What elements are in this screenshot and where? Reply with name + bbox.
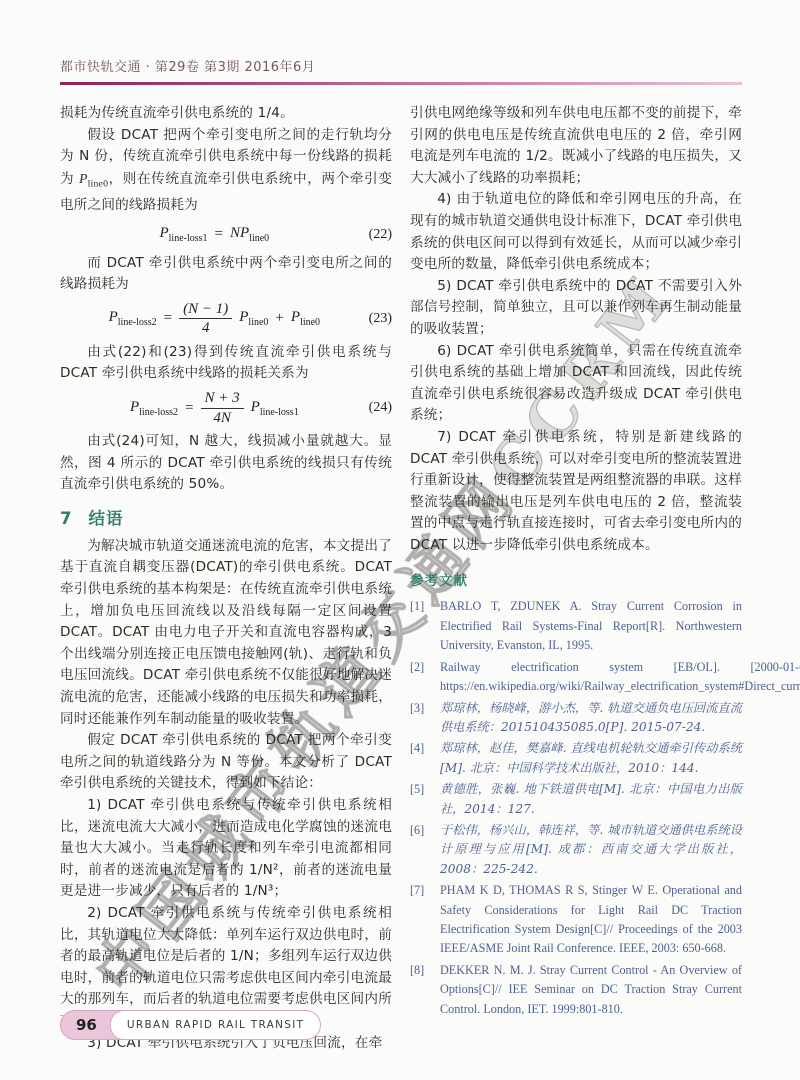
reference-label: [8] bbox=[410, 961, 434, 1019]
equation-number: (23) bbox=[369, 311, 392, 327]
paragraph: 7) DCAT 牵引供电系统，特别是新建线路的 DCAT 牵引供电系统，可以对牵… bbox=[410, 427, 742, 557]
reference-label: [5] bbox=[410, 780, 434, 819]
section-title: 结语 bbox=[88, 505, 123, 529]
formula-23: Pline-loss2 = (N − 1) 4 Pline0 + Pline0 … bbox=[60, 301, 392, 337]
paragraph: 由式(22)和(23)得到传统直流牵引供电系统与 DCAT 牵引供电系统中线路的… bbox=[60, 342, 392, 385]
reference-text: PHAM K D, THOMAS R S, Stinger W E. Opera… bbox=[440, 881, 742, 959]
paragraph: 1) DCAT 牵引供电系统与传统牵引供电系统相比，迷流电流大大减小，进而造成电… bbox=[60, 795, 392, 903]
paragraph: 6) DCAT 牵引供电系统简单，只需在传统直流牵引供电系统的基础上增加 DCA… bbox=[410, 341, 742, 427]
section-number: 7 bbox=[60, 509, 72, 528]
journal-issue-line: 都市快轨交通 · 第29卷 第3期 2016年6月 bbox=[60, 56, 742, 82]
inline-variable: P bbox=[79, 171, 88, 186]
article-body: 损耗为传统直流牵引供电系统的 1/4。 假设 DCAT 把两个牵引变电所之间的走… bbox=[60, 103, 742, 1054]
formula-22: Pline-loss1 = NPline0 (22) bbox=[60, 222, 392, 248]
reference-text: DEKKER N. M. J. Stray Current Control - … bbox=[440, 961, 742, 1019]
reference-item: [2] Railway electrification system [EB/O… bbox=[410, 658, 742, 697]
left-column: 损耗为传统直流牵引供电系统的 1/4。 假设 DCAT 把两个牵引变电所之间的走… bbox=[60, 103, 392, 1054]
equation-number: (22) bbox=[369, 227, 392, 243]
journal-page: 中国城市轨道交通网CCRM 都市快轨交通 · 第29卷 第3期 2016年6月 … bbox=[0, 0, 800, 1080]
reference-item: [4] 郑琼林，赵佳，樊嘉峰. 直线电机轮轨交通牵引传动系统[M]. 北京：中国… bbox=[410, 739, 742, 778]
equation-24-body: Pline-loss2 = N + 3 4N Pline-loss1 bbox=[60, 390, 369, 426]
equation-23-body: Pline-loss2 = (N − 1) 4 Pline0 + Pline0 bbox=[60, 301, 369, 337]
paragraph: 由式(24)可知，N 越大，线损减小量就越大。显然，图 4 所示的 DCAT 牵… bbox=[60, 431, 392, 496]
header-rule bbox=[60, 82, 742, 85]
paragraph: 引供电网绝缘等级和列车供电电压都不变的前提下，牵引网的供电电压是传统直流供电电压… bbox=[410, 103, 742, 189]
reference-item: [6] 于松伟，杨兴山，韩连祥，等. 城市轨道交通供电系统设计原理与应用[M].… bbox=[410, 821, 742, 879]
footer-label-wrap: URBAN RAPID RAIL TRANSIT bbox=[110, 1010, 322, 1040]
formula-24: Pline-loss2 = N + 3 4N Pline-loss1 (24) bbox=[60, 390, 392, 426]
equation-22-body: Pline-loss1 = NPline0 bbox=[60, 225, 369, 244]
page-footer: 96 URBAN RAPID RAIL TRANSIT bbox=[60, 1010, 321, 1040]
inline-subscript: line0 bbox=[88, 179, 109, 190]
paragraph: 假定 DCAT 牵引供电系统的 DCAT 把两个牵引变电所之间的轨道线路分为 N… bbox=[60, 730, 392, 795]
paragraph: 假设 DCAT 把两个牵引变电所之间的走行轨均分为 N 份，传统直流牵引供电系统… bbox=[60, 125, 392, 217]
reference-text: 郑琼林，赵佳，樊嘉峰. 直线电机轮轨交通牵引传动系统[M]. 北京：中国科学技术… bbox=[440, 739, 742, 778]
paragraph: 5) DCAT 牵引供电系统中的 DCAT 不需要引入外部信号控制，简单独立，且… bbox=[410, 276, 742, 341]
reference-text: 于松伟，杨兴山，韩连祥，等. 城市轨道交通供电系统设计原理与应用[M]. 成都：… bbox=[440, 821, 742, 879]
reference-item: [7] PHAM K D, THOMAS R S, Stinger W E. O… bbox=[410, 881, 742, 959]
reference-text: Railway electrification system [EB/OL]. … bbox=[440, 658, 800, 697]
reference-item: [1] BARLO T, ZDUNEK A. Stray Current Cor… bbox=[410, 597, 742, 655]
reference-text: 黄德胜，张巍. 地下铁道供电[M]. 北京：中国电力出版社，2014：127. bbox=[440, 780, 742, 819]
reference-item: [8] DEKKER N. M. J. Stray Current Contro… bbox=[410, 961, 742, 1019]
page-number: 96 bbox=[61, 1011, 110, 1039]
reference-text: BARLO T, ZDUNEK A. Stray Current Corrosi… bbox=[440, 597, 742, 655]
reference-text: 郑琼林，杨晓峰，游小杰，等. 轨道交通负电压回流直流供电系统：201510435… bbox=[440, 699, 742, 738]
equation-number: (24) bbox=[369, 400, 392, 416]
reference-label: [2] bbox=[410, 658, 434, 697]
page-number-badge: 96 URBAN RAPID RAIL TRANSIT bbox=[60, 1010, 321, 1040]
fraction: N + 3 4N bbox=[201, 390, 244, 426]
reference-label: [3] bbox=[410, 699, 434, 738]
paragraph: 为解决城市轨道交通迷流电流的危害，本文提出了基于直流自耦变压器(DCAT)的牵引… bbox=[60, 536, 392, 730]
right-column: 引供电网绝缘等级和列车供电电压都不变的前提下，牵引网的供电电压是传统直流供电电压… bbox=[410, 103, 742, 1054]
reference-label: [1] bbox=[410, 597, 434, 655]
reference-item: [3] 郑琼林，杨晓峰，游小杰，等. 轨道交通负电压回流直流供电系统：20151… bbox=[410, 699, 742, 738]
reference-label: [4] bbox=[410, 739, 434, 778]
paragraph: 4) 由于轨道电位的降低和牵引网电压的升高，在现有的城市轨道交通供电设计标准下，… bbox=[410, 189, 742, 275]
paragraph: 损耗为传统直流牵引供电系统的 1/4。 bbox=[60, 103, 392, 125]
references-title: 参考文献 bbox=[410, 569, 742, 589]
footer-journal-label: URBAN RAPID RAIL TRANSIT bbox=[127, 1019, 305, 1031]
paragraph: 而 DCAT 牵引供电系统中两个牵引变电所之间的线路损耗为 bbox=[60, 253, 392, 296]
reference-label: [6] bbox=[410, 821, 434, 879]
fraction: (N − 1) 4 bbox=[179, 301, 232, 337]
section-heading-conclusion: 7 结语 bbox=[60, 505, 392, 529]
page-header: 都市快轨交通 · 第29卷 第3期 2016年6月 bbox=[60, 56, 742, 85]
reference-label: [7] bbox=[410, 881, 434, 959]
reference-item: [5] 黄德胜，张巍. 地下铁道供电[M]. 北京：中国电力出版社，2014：1… bbox=[410, 780, 742, 819]
